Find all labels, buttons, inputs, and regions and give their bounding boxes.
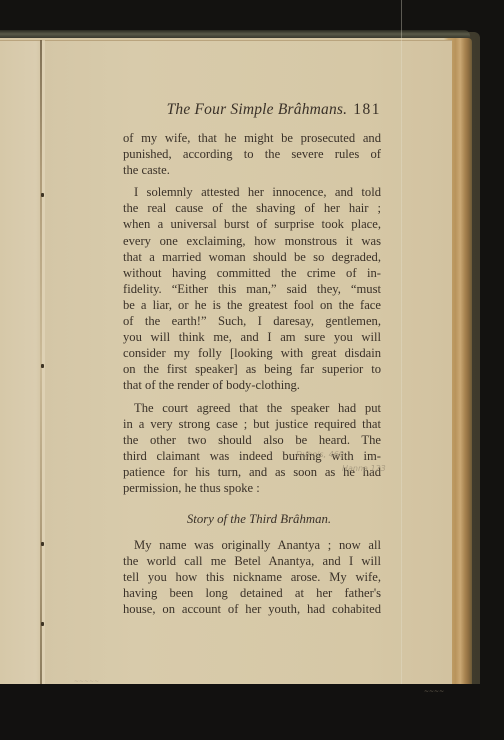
pencil-annotation: Dubois, 460	[296, 450, 344, 459]
text-line: you will think me, and I am sure you wil…	[123, 329, 381, 345]
text-line: the caste.	[123, 162, 381, 178]
running-head-title: The Four Simple Brâhmans.	[167, 101, 348, 118]
text-line: The court agreed that the speaker had pu…	[123, 400, 381, 416]
text-line: the real cause of the shaving of her hai…	[123, 200, 381, 216]
text-line: in a very strong case ; but justice requ…	[123, 416, 381, 432]
scanner-line	[401, 0, 402, 740]
text-line: of the earth!” Such, I daresay, gentleme…	[123, 313, 381, 329]
faint-stamp-mark: ~~~~	[424, 688, 444, 695]
paragraph: My name was originally Anantya ; now all…	[123, 537, 381, 617]
text-line: permission, he thus spoke :	[123, 480, 381, 496]
section-title: Story of the Third Brâhman.	[137, 510, 381, 528]
faint-stamp-mark: ~~~~~	[74, 678, 99, 685]
pencil-annotation: Hanna 123	[342, 464, 386, 473]
text-line: My name was originally Anantya ; now all	[123, 537, 381, 553]
text-line: having been long detained at her father'…	[123, 585, 381, 601]
text-line: the world call me Betel Anantya, and I w…	[123, 553, 381, 569]
text-line: when a universal burst of surprise took …	[123, 216, 381, 232]
gutter-highlight	[42, 40, 45, 685]
bottom-background	[0, 684, 480, 740]
text-line: fidelity. “Either this man,” said they, …	[123, 281, 381, 297]
paragraph: I solemnly attested her innocence, and t…	[123, 184, 381, 393]
text-line: the other two should also be heard. The	[123, 432, 381, 448]
text-line: without having committed the crime of in…	[123, 265, 381, 281]
scanned-book-page: The Four Simple Brâhmans.181 of my wife,…	[0, 0, 504, 740]
text-line: be a liar, or he is the greatest fool on…	[123, 297, 381, 313]
page-text-block: The Four Simple Brâhmans.181 of my wife,…	[123, 98, 381, 618]
gutter-spot	[41, 364, 44, 368]
gutter-spot	[41, 622, 44, 626]
text-line: tell you how this nickname arose. My wif…	[123, 569, 381, 585]
gutter-spot	[41, 542, 44, 546]
text-line: punished, according to the severe rules …	[123, 146, 381, 162]
text-line: house, on account of her youth, had coha…	[123, 601, 381, 617]
text-line: that a married woman should be so degrad…	[123, 249, 381, 265]
text-line: every one exclaiming, how monstrous it w…	[123, 233, 381, 249]
book-top-edge	[0, 30, 470, 38]
text-line: on the first speaker] as being far super…	[123, 361, 381, 377]
text-line: I solemnly attested her innocence, and t…	[123, 184, 381, 200]
text-line: that of the render of body-clothing.	[123, 377, 381, 393]
text-line: consider my folly [looking with great di…	[123, 345, 381, 361]
paragraph: of my wife, that he might be prosecuted …	[123, 130, 381, 178]
page-number: 181	[353, 101, 381, 118]
running-head: The Four Simple Brâhmans.181	[123, 98, 381, 122]
paragraph: The court agreed that the speaker had pu…	[123, 400, 381, 497]
gutter-spot	[41, 193, 44, 197]
text-line: of my wife, that he might be prosecuted …	[123, 130, 381, 146]
